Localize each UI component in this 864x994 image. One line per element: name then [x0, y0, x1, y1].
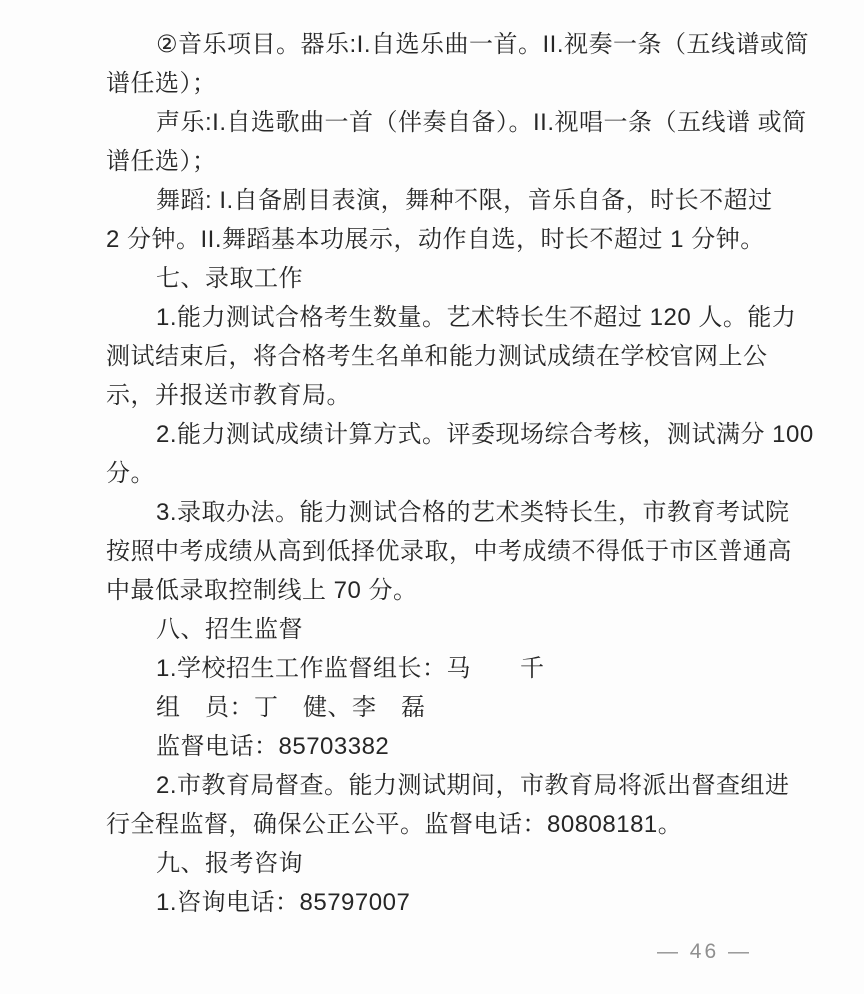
section-heading-9: 九、报考咨询 [106, 844, 762, 883]
body-text-line: 2.市教育局督查。能力测试期间，市教育局将派出督查组进 [106, 766, 762, 805]
body-text-line: 谱任选）； [106, 142, 762, 181]
body-text-line: 2 分钟。II.舞蹈基本功展示，动作自选，时长不超过 1 分钟。 [106, 220, 762, 259]
body-text-line: 行全程监督，确保公正公平。监督电话：80808181。 [106, 805, 762, 844]
body-text-line: 1.咨询电话：85797007 [106, 883, 762, 922]
body-text-line: 按照中考成绩从高到低择优录取，中考成绩不得低于市区普通高 [106, 532, 762, 571]
body-text-line: 示，并报送市教育局。 [106, 376, 762, 415]
body-text-line: 1.能力测试合格考生数量。艺术特长生不超过 120 人。能力 [106, 298, 762, 337]
document-body: ②音乐项目。器乐:I.自选乐曲一首。II.视奏一条（五线谱或简 谱任选）； 声乐… [106, 25, 762, 922]
body-text-line: 组 员：丁 健、李 磊 [106, 688, 762, 727]
document-page: ②音乐项目。器乐:I.自选乐曲一首。II.视奏一条（五线谱或简 谱任选）； 声乐… [0, 0, 864, 994]
body-text-line: 监督电话：85703382 [106, 727, 762, 766]
section-heading-8: 八、招生监督 [106, 610, 762, 649]
body-text-line: 中最低录取控制线上 70 分。 [106, 571, 762, 610]
body-text-line: 3.录取办法。能力测试合格的艺术类特长生，市教育考试院 [106, 493, 762, 532]
body-text-line: 谱任选）； [106, 64, 762, 103]
body-text-line: 分。 [106, 454, 762, 493]
body-text-line: 1.学校招生工作监督组长：马 千 [106, 649, 762, 688]
section-heading-7: 七、录取工作 [106, 259, 762, 298]
page-number: — 46 — [657, 940, 752, 964]
body-text-line: 测试结束后，将合格考生名单和能力测试成绩在学校官网上公 [106, 337, 762, 376]
body-text-line: 2.能力测试成绩计算方式。评委现场综合考核，测试满分 100 [106, 415, 762, 454]
body-text-line: ②音乐项目。器乐:I.自选乐曲一首。II.视奏一条（五线谱或简 [106, 25, 762, 64]
body-text-line: 舞蹈: I.自备剧目表演，舞种不限，音乐自备，时长不超过 [106, 181, 762, 220]
body-text-line: 声乐:I.自选歌曲一首（伴奏自备）。II.视唱一条（五线谱 或简 [106, 103, 762, 142]
